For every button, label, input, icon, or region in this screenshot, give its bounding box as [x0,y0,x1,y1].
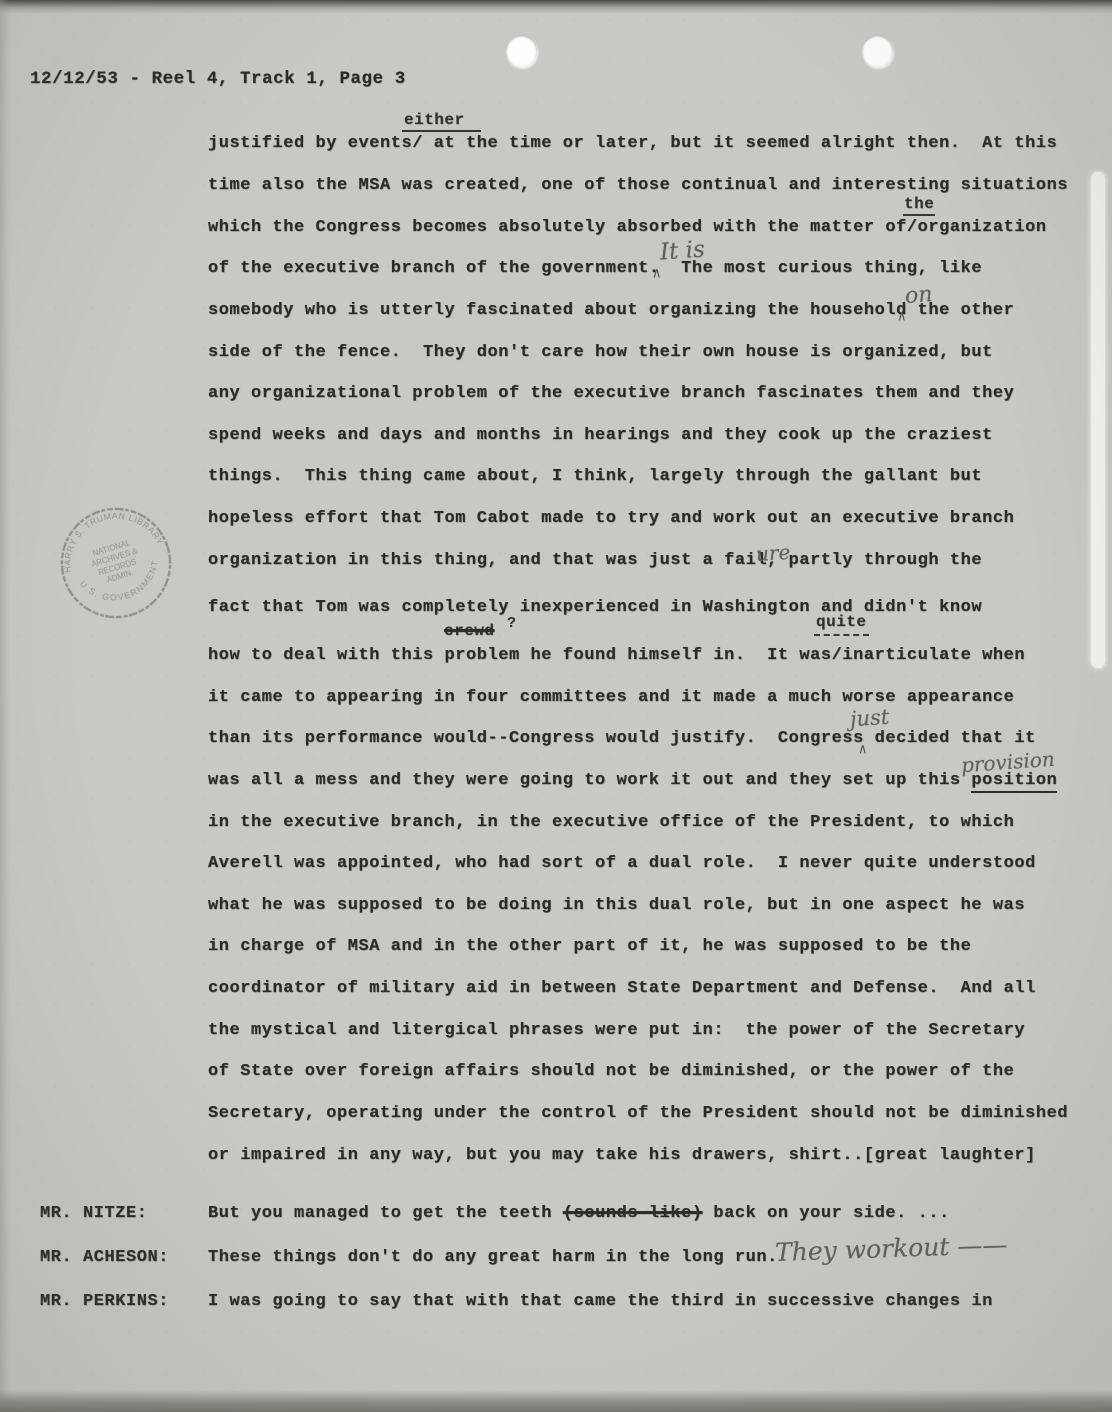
body-line: how to deal with this problem he found h… [208,646,1025,665]
body-line: Averell was appointed, who had sort of a… [208,854,1036,873]
body-line: in charge of MSA and in the other part o… [208,937,971,956]
body-line: the mystical and litergical phrases were… [208,1021,1025,1040]
typed-insertion-either: either [402,111,481,132]
body-line: coordinator of military aid in between S… [208,979,1036,998]
body-line: Secretary, operating under the control o… [208,1104,1068,1123]
scan-edge-top [0,0,1112,14]
body-line: somebody who is utterly fascinated about… [208,301,1014,320]
body-line: time also the MSA was created, one of th… [208,176,1068,195]
handwriting-they-workout: They workout —— [775,1230,1008,1267]
body-line: spend weeks and days and months in heari… [208,426,993,445]
speaker-label: MR. PERKINS: [40,1292,169,1311]
body-line: organization in this thing, and that was… [208,551,982,570]
handwriting-just: just [849,705,890,732]
caret-icon: ∧ [858,741,868,758]
body-line: it came to appearing in four committees … [208,688,1014,707]
body-line: justified by events/ at the time or late… [208,134,1057,153]
scan-edge-right-tear [1091,172,1105,668]
typed-insertion-quite: quite [814,613,869,636]
truman-library-stamp: HARRY S. TRUMAN LIBRARY U.S. GOVERNMENT … [42,489,189,636]
body-line: of the executive branch of the governmen… [208,259,982,278]
hole-punch-right [862,35,893,67]
body-line: any organizational problem of the execut… [208,384,1014,403]
scan-edge-bottom [0,1390,1112,1412]
handwriting-ure: ure [755,540,791,566]
body-line: what he was supposed to be doing in this… [208,896,1025,915]
body-line: than its performance would--Congress wou… [208,729,1036,748]
body-line: side of the fence. They don't care how t… [208,343,993,362]
typed-insertion-the: the [903,195,935,216]
caret-icon: ∧ [652,265,662,282]
page-header: 12/12/53 - Reel 4, Track 1, Page 3 [30,69,406,89]
body-line: was all a mess and they were going to wo… [208,771,1057,790]
scanned-transcript-page: 12/12/53 - Reel 4, Track 1, Page 3 HARRY… [0,0,1112,1412]
handwriting-it-is: It is [659,236,706,265]
struck-sounds-like: (sounds-like) [563,1204,703,1223]
body-line: of State over foreign affairs should not… [208,1062,1014,1081]
question-mark: ? [507,615,516,632]
caret-icon: ∧ [897,308,907,325]
speaker-label: MR. ACHESON: [40,1248,169,1267]
body-line-text: was all a mess and they were going to wo… [208,771,971,790]
body-line: hopeless effort that Tom Cabot made to t… [208,509,1014,528]
struck-word-crewd: crewd [444,622,495,640]
dialogue-text: back on your side. ... [703,1204,950,1223]
dialogue-line: But you managed to get the teeth (sounds… [208,1204,950,1223]
hole-punch-left [506,35,537,67]
dialogue-line: I was going to say that with that came t… [208,1292,993,1311]
speaker-label: MR. NITZE: [40,1204,148,1223]
body-line: in the executive branch, in the executiv… [208,813,1014,832]
dialogue-text: But you managed to get the teeth [208,1204,563,1223]
scan-edge-left [0,0,10,1412]
handwriting-on: on [904,282,933,309]
dialogue-line: These things don't do any great harm in … [208,1248,778,1267]
body-line: things. This thing came about, I think, … [208,467,982,486]
body-line: which the Congress becomes absolutely ab… [208,218,1047,237]
body-line: or impaired in any way, but you may take… [208,1146,1036,1165]
